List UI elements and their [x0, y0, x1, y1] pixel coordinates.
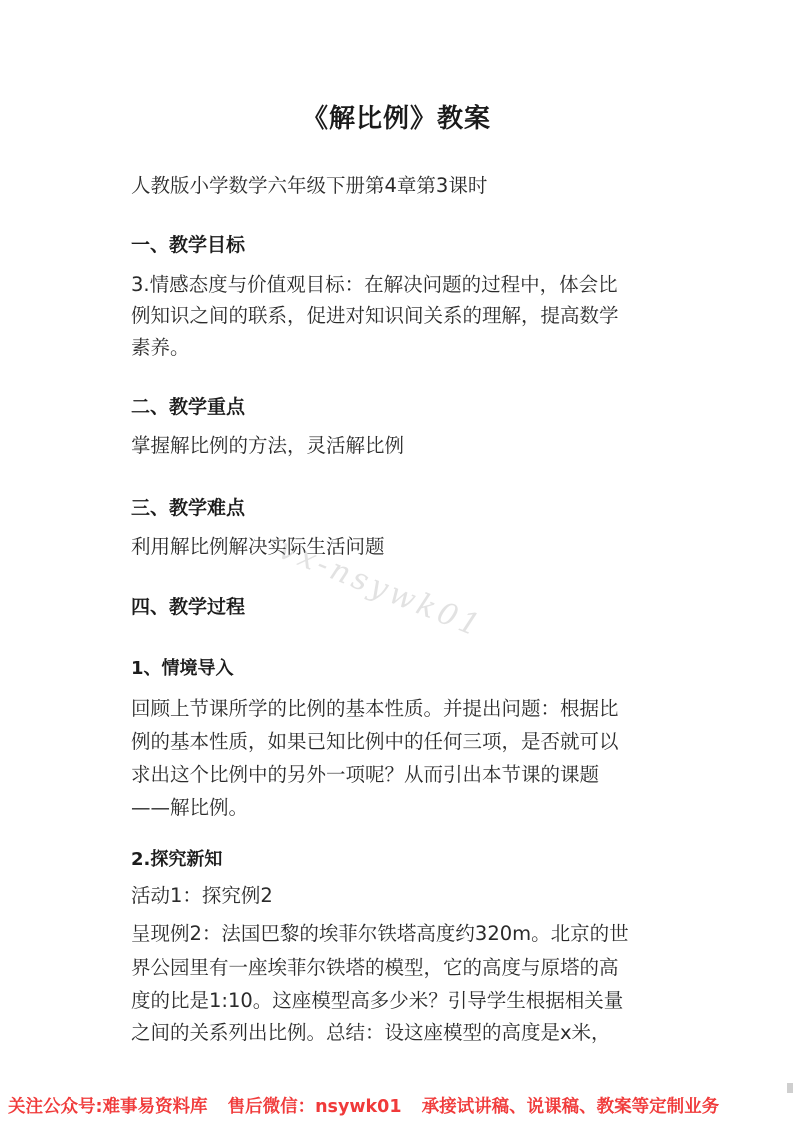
paragraph-line: ——解比例。: [131, 796, 248, 820]
paragraph-line: 求出这个比例中的另外一项呢？从而引出本节课的课题: [131, 763, 599, 787]
document-page: 《解比例》教案 人教版小学数学六年级下册第4章第3课时 一、教学目标 3.情感态…: [0, 0, 793, 1122]
paragraph-line: 之间的关系列出比例。总结：设这座模型的高度是x米，: [131, 1021, 611, 1045]
activity-label: 活动1：探究例2: [131, 884, 273, 908]
paragraph-line: 呈现例2：法国巴黎的埃菲尔铁塔高度约320m。北京的世: [131, 922, 629, 946]
section-heading-difficulties: 三、教学难点: [131, 496, 245, 520]
footer-wechat-contact: 售后微信：nsywk01: [228, 1097, 402, 1117]
paragraph-line: 界公园里有一座埃菲尔铁塔的模型，它的高度与原塔的高: [131, 956, 619, 980]
paragraph-line: 掌握解比例的方法，灵活解比例: [131, 434, 404, 458]
footer-follow-account: 关注公众号:难事易资料库: [8, 1097, 208, 1117]
paragraph-line: 3.情感态度与价值观目标：在解决问题的过程中，体会比: [131, 273, 618, 297]
paragraph-line: 例知识之间的联系，促进对知识间关系的理解，提高数学: [131, 304, 619, 328]
section-heading-process: 四、教学过程: [131, 595, 245, 619]
section-heading-key-points: 二、教学重点: [131, 395, 245, 419]
paragraph-line: 例的基本性质，如果已知比例中的任何三项，是否就可以: [131, 730, 619, 754]
document-subtitle: 人教版小学数学六年级下册第4章第3课时: [131, 174, 487, 198]
promo-footer: 关注公众号:难事易资料库 售后微信：nsywk01 承接试讲稿、说课稿、教案等定…: [0, 1094, 793, 1120]
document-title: 《解比例》教案: [0, 98, 793, 135]
footer-custom-service: 承接试讲稿、说课稿、教案等定制业务: [422, 1097, 720, 1117]
page-corner-mark: [787, 1083, 793, 1093]
paragraph-line: 利用解比例解决实际生活问题: [131, 535, 385, 559]
paragraph-line: 回顾上节课所学的比例的基本性质。并提出问题：根据比: [131, 697, 619, 721]
section-heading-objectives: 一、教学目标: [131, 233, 245, 257]
paragraph-line: 素养。: [131, 336, 190, 360]
subsection-heading-intro: 1、情境导入: [131, 657, 234, 681]
paragraph-line: 度的比是1:10。这座模型高多少米？引导学生根据相关量: [131, 989, 623, 1013]
subsection-heading-explore: 2.探究新知: [131, 848, 222, 872]
